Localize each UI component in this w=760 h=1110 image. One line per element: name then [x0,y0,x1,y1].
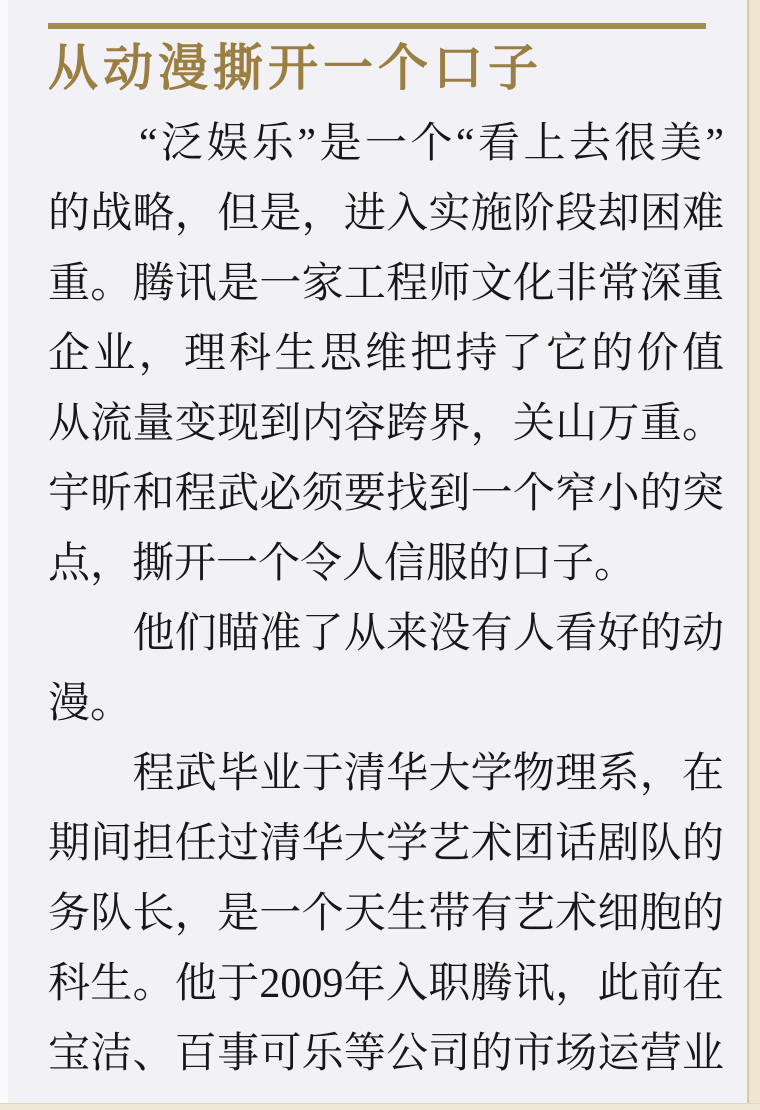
text-line: 点，撕开一个令人信服的口子。 [48,529,724,599]
text-line: “泛娱乐”是一个“看上去很美” [48,109,724,179]
text-line: 期间担任过清华大学艺术团话剧队的业 [48,809,724,879]
text-line: 宇昕和程武必须要找到一个窄小的突破 [48,459,724,529]
page-right-edge [747,0,760,1110]
page-left-edge [0,0,8,1110]
section-divider-rule [48,23,706,29]
text-line: 漫。 [48,669,724,739]
text-line: 重。腾讯是一家工程师文化非常深重的 [48,249,724,319]
page-bottom-edge [0,1103,760,1110]
text-line: 从流量变现到内容跨界，关山万重。任 [48,389,724,459]
text-line: 的战略，但是，进入实施阶段却困难重 [48,179,724,249]
text-line: 企业，理科生思维把持了它的价值观， [48,319,724,389]
body-text: “泛娱乐”是一个“看上去很美” 的战略，但是，进入实施阶段却困难重 重。腾讯是一… [48,109,724,1089]
text-line: 务队长，是一个天生带有艺术细胞的理 [48,879,724,949]
text-line: 他们瞄准了从来没有人看好的动 [48,599,724,669]
text-line: 科生。他于2009年入职腾讯，此前在 [48,949,724,1019]
text-line: 宝洁、百事可乐等公司的市场运营业务 [48,1019,724,1089]
text-line: 程武毕业于清华大学物理系，在校 [48,739,724,809]
ebook-page[interactable]: 从动漫撕开一个口子 “泛娱乐”是一个“看上去很美” 的战略，但是，进入实施阶段却… [0,0,760,1110]
page-content: 从动漫撕开一个口子 “泛娱乐”是一个“看上去很美” 的战略，但是，进入实施阶段却… [48,0,724,1089]
section-title: 从动漫撕开一个口子 [48,38,724,98]
